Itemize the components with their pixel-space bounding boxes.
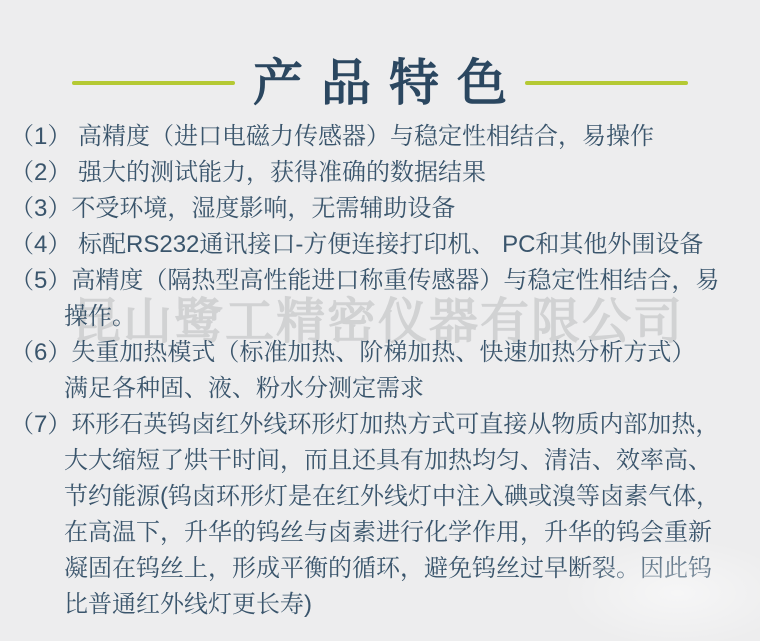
feature-item-4: （4） 标配RS232通讯接口-方便连接打印机、 PC和其他外围设备	[10, 227, 760, 263]
item-number-marker: （1）	[10, 123, 71, 150]
feature-line-cont: 大大缩短了烘干时间，而且还具有加热均匀、清洁、效率高、	[10, 443, 760, 479]
feature-item-3: （3）不受环境，湿度影响，无需辅助设备	[10, 191, 760, 227]
section-header: 产品特色	[0, 52, 760, 114]
item-text: 强大的测试能力，获得准确的数据结果	[71, 159, 486, 186]
feature-item-1: （1） 高精度（进口电磁力传感器）与稳定性相结合，易操作	[10, 119, 760, 155]
feature-line: （6）失重加热模式（标准加热、阶梯加热、快速加热分析方式）	[10, 335, 760, 371]
feature-line-cont: 满足各种固、液、粉水分测定需求	[10, 371, 760, 407]
item-text: 不受环境，湿度影响，无需辅助设备	[71, 195, 455, 222]
feature-line: （1） 高精度（进口电磁力传感器）与稳定性相结合，易操作	[10, 119, 760, 155]
feature-line: （5）高精度（隔热型高性能进口称重传感器）与稳定性相结合，易	[10, 263, 760, 299]
divider-line-left	[72, 81, 235, 85]
feature-line-cont: 操作。	[10, 299, 760, 335]
feature-line-cont: 在高温下，升华的钨丝与卤素进行化学作用，升华的钨会重新	[10, 515, 760, 551]
item-number-marker: （6）	[10, 339, 71, 366]
feature-line-cont: 节约能源(钨卤环形灯是在红外线灯中注入碘或溴等卤素气体，	[10, 479, 760, 515]
item-text: 高精度（进口电磁力传感器）与稳定性相结合，易操作	[71, 123, 654, 150]
item-text: 高精度（隔热型高性能进口称重传感器）与稳定性相结合，易	[71, 267, 719, 294]
item-number-marker: （5）	[10, 267, 71, 294]
feature-item-2: （2） 强大的测试能力，获得准确的数据结果	[10, 155, 760, 191]
section-title: 产品特色	[235, 52, 525, 114]
feature-line-cont: 凝固在钨丝上，形成平衡的循环，避免钨丝过早断裂。因此钨	[10, 551, 760, 587]
feature-line: （4） 标配RS232通讯接口-方便连接打印机、 PC和其他外围设备	[10, 227, 760, 263]
feature-list: （1） 高精度（进口电磁力传感器）与稳定性相结合，易操作（2） 强大的测试能力，…	[0, 119, 760, 623]
item-text: 失重加热模式（标准加热、阶梯加热、快速加热分析方式）	[71, 339, 695, 366]
product-features-page: 产品特色 昆山鹭工精密仪器有限公司 （1） 高精度（进口电磁力传感器）与稳定性相…	[0, 0, 760, 641]
item-number-marker: （4）	[10, 231, 71, 258]
feature-item-7: （7）环形石英钨卤红外线环形灯加热方式可直接从物质内部加热，大大缩短了烘干时间，…	[10, 407, 760, 623]
divider-line-right	[525, 81, 688, 85]
feature-line: （7）环形石英钨卤红外线环形灯加热方式可直接从物质内部加热，	[10, 407, 760, 443]
feature-line: （3）不受环境，湿度影响，无需辅助设备	[10, 191, 760, 227]
item-number-marker: （3）	[10, 195, 71, 222]
item-number-marker: （7）	[10, 411, 71, 438]
feature-item-6: （6）失重加热模式（标准加热、阶梯加热、快速加热分析方式）满足各种固、液、粉水分…	[10, 335, 760, 407]
item-number-marker: （2）	[10, 159, 71, 186]
item-text: 标配RS232通讯接口-方便连接打印机、 PC和其他外围设备	[71, 231, 703, 258]
feature-line: （2） 强大的测试能力，获得准确的数据结果	[10, 155, 760, 191]
feature-item-5: （5）高精度（隔热型高性能进口称重传感器）与稳定性相结合，易操作。	[10, 263, 760, 335]
item-text: 环形石英钨卤红外线环形灯加热方式可直接从物质内部加热，	[71, 411, 719, 438]
feature-line-cont: 比普通红外线灯更长寿)	[10, 587, 760, 623]
